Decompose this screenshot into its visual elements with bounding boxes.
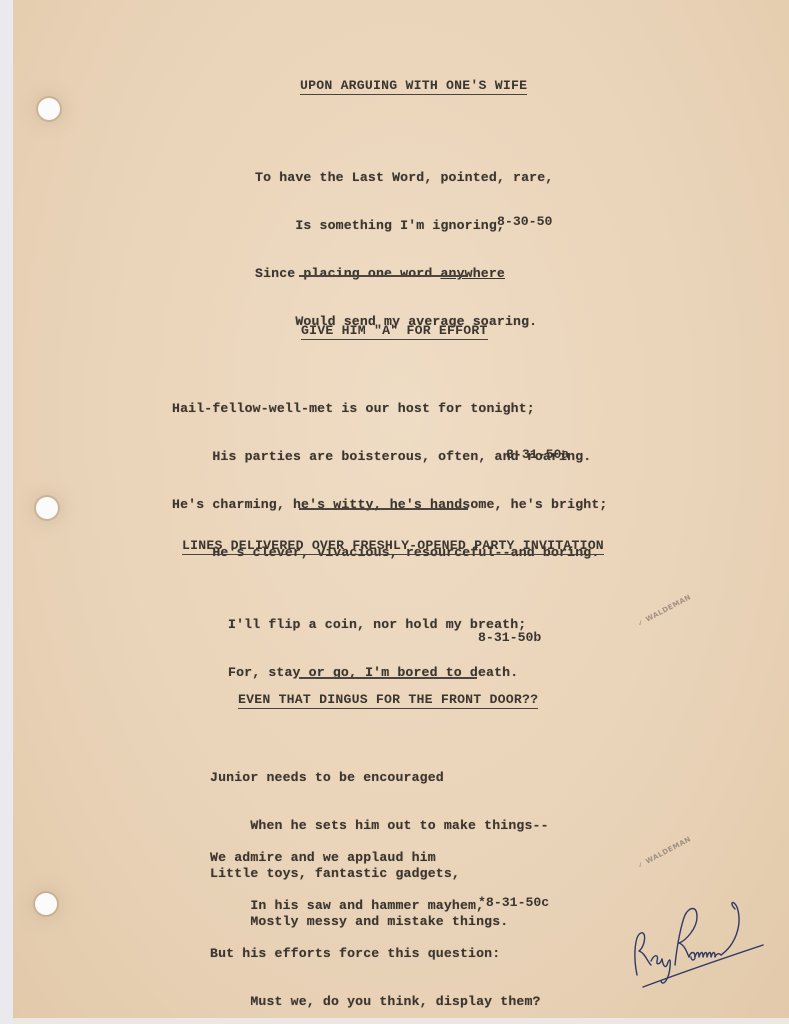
poem-line: We admire and we applaud him xyxy=(210,850,541,866)
punch-hole-bottom xyxy=(35,893,57,915)
underlined-word: anywhere xyxy=(440,266,505,281)
poem-line: Must we, do you think, display them? xyxy=(210,994,541,1010)
poem-title: UPON ARGUING WITH ONE'S WIFE xyxy=(300,78,527,95)
poem-line: Junior needs to be encouraged xyxy=(210,770,549,786)
poem-title: GIVE HIM "A" FOR EFFORT xyxy=(301,323,488,340)
poem-date: *8-31-50c xyxy=(478,895,549,910)
section-divider xyxy=(299,677,477,679)
poem-title: EVEN THAT DINGUS FOR THE FRONT DOOR?? xyxy=(238,692,538,709)
section-divider xyxy=(299,275,468,277)
poem-line: Hail-fellow-well-met is our host for ton… xyxy=(172,401,607,417)
poem-line: But his efforts force this question: xyxy=(210,946,541,962)
poem-line: Since placing one word anywhere xyxy=(255,266,553,282)
punch-hole-middle xyxy=(36,497,58,519)
poem-date: 8-31-50a xyxy=(506,447,569,462)
poem-line: He's charming, he's witty, he's handsome… xyxy=(172,497,607,513)
poem-line-start: Since placing one word xyxy=(255,266,440,281)
poem-body: To have the Last Word, pointed, rare, Is… xyxy=(255,138,553,346)
section-divider xyxy=(299,508,468,510)
poem-date: 8-31-50b xyxy=(478,630,541,645)
poem-line: To have the Last Word, pointed, rare, xyxy=(255,170,553,186)
poem-stanza: We admire and we applaud him In his saw … xyxy=(210,818,541,1024)
punch-hole-top xyxy=(38,98,60,120)
poem-date: 8-30-50 xyxy=(497,214,552,229)
signature: Ray Romine xyxy=(625,895,775,995)
poem-title: LINES DELIVERED OVER FRESHLY-OPENED PART… xyxy=(182,538,604,555)
